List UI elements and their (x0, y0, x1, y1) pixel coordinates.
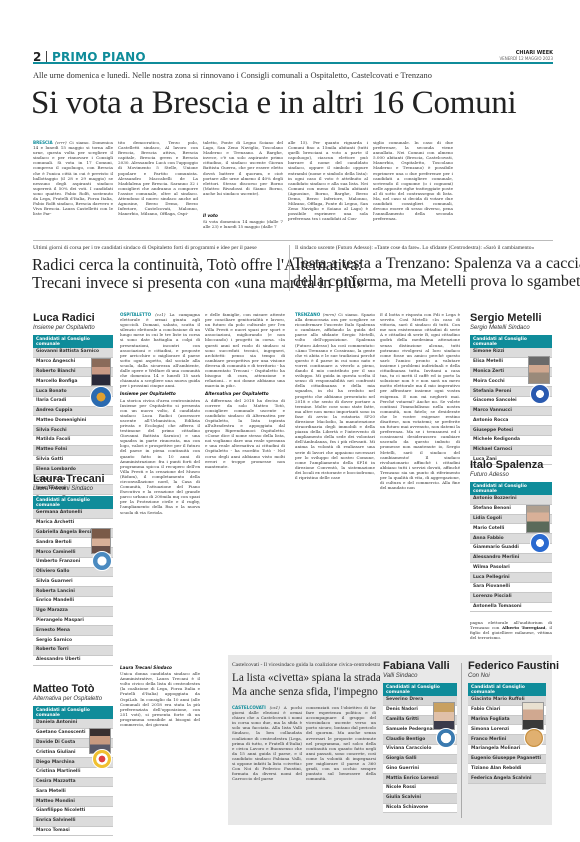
candidate-list-name: Futuro Adesso (470, 472, 552, 478)
candidate-list-name: Valli Sindaco (383, 673, 457, 679)
list-item: Giuseppe Potesi (470, 426, 552, 436)
list-header: Candidati al Consiglio comunale (470, 335, 552, 348)
column-divider (289, 245, 290, 291)
main-column-4: alle 15). Per quanto riguarda i Comuni f… (288, 140, 368, 235)
list-header: Candidati al Consiglio comunale (383, 683, 457, 696)
main-column-3: taletto, Ponte di Legno Soiano del Lago,… (203, 140, 283, 205)
candidate-box-trecani: Laura Trecani Laura Trecani Sindaco Cand… (33, 473, 113, 666)
candidate-name: Fabiana Valli (383, 660, 457, 672)
list-item: Marco Tomasi (33, 827, 113, 837)
column-divider (461, 663, 462, 818)
list-item: Cesira Mazzotta (33, 778, 113, 788)
list-item: Michael Carnoci (470, 446, 552, 456)
list-item: Antonio Rocca (470, 416, 552, 426)
voting-box: Il voto Si vota domenica 14 maggio (dall… (203, 210, 283, 235)
list-item: Andrea Cuppia (33, 407, 113, 417)
candidate-list-name: Sergio Metelli Sindaco (470, 325, 552, 331)
list-item: Matilda Facoli (33, 436, 113, 446)
candidate-photo (522, 702, 544, 730)
list-item: Roberto Torri (33, 646, 113, 656)
party-logo (436, 728, 456, 748)
section-divider (33, 240, 553, 241)
candidate-box-valli: Fabiana Valli Valli Sindaco Candidati al… (383, 660, 457, 813)
main-column-5: siglio comunale. In caso di due preferen… (373, 140, 453, 235)
councillor-list: Germana Antonelli Marica Archetti Gabrie… (33, 509, 113, 666)
candidate-name: Laura Trecani (33, 473, 113, 485)
councillor-list: Severino Drera Denis Nadori Camilla Grit… (383, 696, 457, 813)
party-logo (530, 384, 550, 404)
candidate-name: Matteo Totò (33, 683, 113, 695)
main-headline: Si vota a Brescia e in altri 16 Comuni (31, 86, 516, 121)
list-item: Tiziano Alan Reboldi (468, 764, 546, 774)
list-item: Silvia Gatti (33, 456, 113, 466)
candidate-name: Luca Radici (33, 312, 113, 324)
list-item: Cristina Martinelli (33, 768, 113, 778)
list-header: Candidati al Consiglio comunale (468, 683, 546, 696)
list-header: Candidati al Consiglio comunale (33, 496, 113, 509)
list-item: Federica Angela Scalvini (468, 774, 546, 784)
trenzano-column-3: pagna elettorale all'auditorium di Trenz… (470, 620, 552, 660)
castelcovati-column-2: consenziati con l'obiettivo di far fare … (306, 705, 376, 805)
candidate-name: Federico Faustini (468, 660, 546, 672)
main-kicker: Alle urne domenica e lunedì. Nelle nostr… (33, 71, 432, 80)
castelcovati-kicker: Castelcovati - Il vicesindaco guida la c… (232, 662, 381, 668)
list-item: Roberta Lancini (33, 587, 113, 597)
candidate-photo (433, 702, 455, 730)
list-item: Mattia Enrico Lorenzi (383, 774, 457, 784)
list-item: Alessandro Merlini (470, 554, 552, 564)
list-item: Luca Pellegrini (470, 573, 552, 583)
list-item: Nicole Rossi (383, 784, 457, 794)
candidate-box-spalenza: Italo Spalenza Futuro Adesso Candidati a… (470, 459, 552, 612)
list-item: Sergio Sarnico (33, 636, 113, 646)
candidate-photo (526, 505, 550, 533)
list-item: Matteo Domenighini (33, 416, 113, 426)
header-divider (46, 51, 47, 62)
list-item: Gino Guerrini (383, 764, 457, 774)
list-item: Sara Piovanelli (470, 583, 552, 593)
list-item: Sara Metelli (33, 787, 113, 797)
candidate-box-toto: Matteo Totò Alternativa per Ospitaletto … (33, 683, 113, 836)
candidate-photo (91, 358, 111, 386)
candidate-name: Italo Spalenza (470, 459, 552, 471)
list-item: Giorgia Galli (383, 755, 457, 765)
list-header: Candidati al Consiglio comunale (33, 706, 113, 719)
councillor-list: Giacinto Mario Ruffoli Fabio Chiari Mari… (468, 696, 546, 784)
list-item: Enrica Salvinelli (33, 817, 113, 827)
list-item: Lorenzo Pisciali (470, 593, 552, 603)
page-header: 2 PRIMO PIANO CHIARI WEEK VENERDÌ 12 MAG… (33, 50, 553, 64)
trenzano-column-1: TRENZANO (mrm) Ci siamo. Spazio alla dem… (295, 312, 375, 652)
page-number: 2 (33, 50, 41, 64)
trenzano-column-2: E il botta e risposta con Fdi e Lega è s… (380, 312, 460, 652)
candidate-name: Sergio Metelli (470, 312, 552, 324)
list-item: Silvia Facchi (33, 426, 113, 436)
councillor-list: Antonio Bozzerini Stefano Benoni Lidia C… (470, 495, 552, 612)
list-header: Candidati al Consiglio comunale (470, 482, 552, 495)
candidate-photo (528, 356, 550, 384)
list-item: Giovanni Battista Sarnico (33, 348, 113, 358)
trenzano-headline-line-1: Testa a testa a Trenzano: Spalenza va a … (293, 256, 580, 273)
list-item: Antonella Tomasoni (470, 603, 552, 613)
candidate-box-metelli: Sergio Metelli Sergio Metelli Sindaco Ca… (470, 312, 552, 465)
candidate-list-name: Laura Trecani Sindaco (33, 486, 113, 492)
list-item: Ugo Marazza (33, 607, 113, 617)
list-item: Pierangelo Maspari (33, 617, 113, 627)
ospitaletto-kicker: Ultimi giorni di corsa per i tre candida… (33, 245, 257, 251)
list-item: Gianfilippo Nicoletti (33, 807, 113, 817)
councillor-list: Daniela Antonini Gaetano Canoscenti Davi… (33, 719, 113, 836)
ospitaletto-column-1: OSPITALETTO (cz1) La campagna elettorale… (120, 312, 200, 662)
main-column-2: tito democratico, Terzo polo, Castellett… (118, 140, 198, 235)
list-item: Marco Vannucci (470, 407, 552, 417)
castelcovati-column-1: CASTELCOVATI (cs1) A pochi giorni dalle … (232, 705, 302, 805)
list-item: Nicola Schiavone (383, 804, 457, 814)
trenzano-kicker: Il sindaco uscente (Futuro Adesso): «Tan… (295, 245, 534, 251)
newspaper-page: 2 PRIMO PIANO CHIARI WEEK VENERDÌ 12 MAG… (0, 0, 580, 842)
party-logo (92, 749, 112, 769)
trenzano-headline-line-2: della conferma, ma Metelli prova lo sgam… (293, 274, 580, 291)
list-item: Antonio Bozzerini (470, 495, 552, 505)
ospitaletto-column-3: Laura Trecani Sindaco Unica donna candid… (120, 662, 200, 824)
list-header: Candidati al Consiglio comunale (33, 335, 113, 348)
list-item: Eugenio Giuseppe Paganetti (468, 755, 546, 765)
list-item: Giulia Scalvini (383, 794, 457, 804)
list-item: Enrico Mandelli (33, 597, 113, 607)
candidate-box-faustini: Federico Faustini Con Noi Candidati al C… (468, 660, 546, 784)
issue-date: VENERDÌ 12 MAGGIO 2023 (499, 56, 553, 61)
party-logo (90, 386, 112, 408)
candidate-list-name: Con Noi (468, 673, 546, 679)
party-logo (524, 728, 544, 748)
list-item: Alessandro Uberti (33, 656, 113, 666)
party-logo (530, 533, 550, 553)
main-column-1: BRESCIA (crrr) Ci siamo. Domenica 14 e l… (33, 140, 113, 235)
list-item: Matteo Mondini (33, 797, 113, 807)
list-item: Germana Antonelli (33, 509, 113, 519)
list-item: Ernesto Mena (33, 626, 113, 636)
list-item: Wilma Pasolari (470, 563, 552, 573)
list-item: Silvia Guarneri (33, 577, 113, 587)
candidate-list-name: Alternativa per Ospitaletto (33, 696, 113, 702)
section-title: PRIMO PIANO (52, 50, 146, 64)
candidate-list-name: Insieme per Ospitaletto (33, 325, 113, 331)
party-logo (92, 551, 112, 571)
list-item: Michele Redigonda (470, 436, 552, 446)
castelcovati-candidates-box: Fabiana Valli Valli Sindaco Candidati al… (380, 655, 552, 825)
councillor-list: Simone Rizzi Elisa Metelli Monica Zerti … (470, 348, 552, 465)
ospitaletto-column-2: e delle famiglie, con misure attente per… (205, 312, 285, 662)
list-item: Matteo Folni (33, 446, 113, 456)
